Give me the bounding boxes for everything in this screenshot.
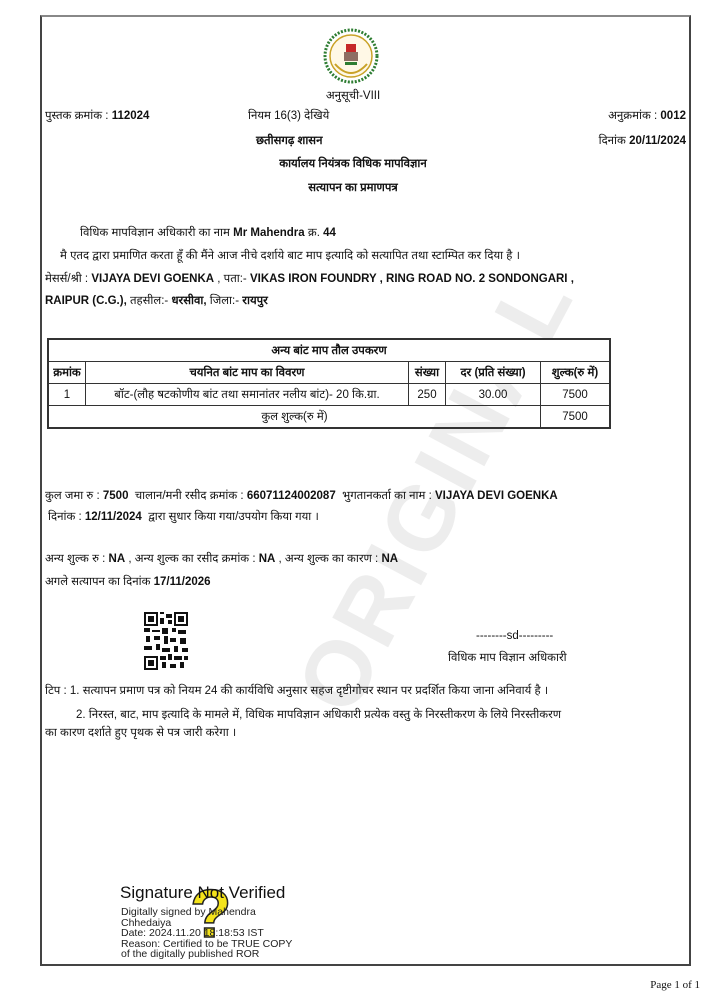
office-name: कार्यालय नियंत्रक विधिक मापविज्ञान: [0, 156, 706, 171]
party-name: VIJAYA DEVI GOENKA: [91, 273, 214, 285]
table-total-row: कुल शुल्क(रु में) 7500: [48, 406, 610, 429]
note-2-line-1: 2. निरस्त, बाट, माप इत्यादि के मामले में…: [76, 707, 561, 722]
column-header: दर (प्रति संख्या): [446, 362, 541, 384]
other-fee-value: NA: [109, 553, 126, 565]
officer-no-label: क्र.: [308, 227, 320, 239]
column-header: शुल्क(रु में): [541, 362, 611, 384]
officer-line: विधिक मापविज्ञान अधिकारी का नाम Mr Mahen…: [80, 225, 336, 240]
column-header: क्रमांक: [48, 362, 86, 384]
rule-reference: नियम 16(3) देखिये: [248, 108, 329, 123]
note-label: टिप :: [45, 685, 67, 697]
tehsil-value: धरसीवा,: [171, 295, 206, 307]
other-fee-receipt-label: , अन्य शुल्क का रसीद क्रमांक :: [128, 553, 255, 565]
deposit-label: कुल जमा रु :: [45, 490, 100, 502]
serial-value: 0012: [660, 110, 686, 122]
book-number-value: 112024: [112, 110, 150, 122]
government-name: छतीसगढ़ शासन: [256, 133, 322, 148]
tehsil-label: तहसील:-: [130, 295, 168, 307]
district-label: जिला:-: [210, 295, 239, 307]
deposit-value: 7500: [103, 490, 129, 502]
table-header-row: क्रमांक चयनित बांट माप का विवरण संख्या द…: [48, 362, 610, 384]
other-fee-label: अन्य शुल्क रु :: [45, 553, 105, 565]
signature-status: Signature Not Verified: [120, 883, 285, 903]
serial-label: अनुक्रमांक :: [608, 110, 657, 122]
address-line-2: RAIPUR (C.G.),: [45, 295, 127, 307]
cell-quantity: 250: [409, 384, 446, 406]
schedule-label: अनुसूची-VIII: [0, 88, 706, 103]
address-line-1: VIKAS IRON FOUNDRY , RING ROAD NO. 2 SON…: [250, 273, 574, 285]
payment-date-suffix: द्वारा सुधार किया गया/उपयोग किया गया ।: [148, 511, 319, 523]
officer-label: विधिक मापविज्ञान अधिकारी का नाम: [80, 227, 230, 239]
next-verification: अगले सत्यापन का दिनांक 17/11/2026: [45, 574, 211, 589]
cell-serial: 1: [48, 384, 86, 406]
party-line-2: RAIPUR (C.G.), तहसील:- धरसीवा, जिला:- रा…: [45, 293, 268, 308]
challan-label: चालान/मनी रसीद क्रमांक :: [135, 490, 244, 502]
signature-line: Digitally signed by Mahendra: [121, 907, 292, 918]
table-row: 1 बॉट-(लौह षटकोणीय बांट तथा समानांतर नली…: [48, 384, 610, 406]
other-fee-receipt-value: NA: [259, 553, 276, 565]
address-label: पता:-: [224, 273, 247, 285]
book-number: पुस्तक क्रमांक : 112024: [45, 108, 149, 123]
issue-date-value: 20/11/2024: [629, 135, 686, 147]
page-number: Page 1 of 1: [650, 979, 700, 991]
next-verification-date: 17/11/2026: [154, 576, 211, 588]
officer-no: 44: [323, 227, 336, 239]
other-fee-line: अन्य शुल्क रु : NA , अन्य शुल्क का रसीद …: [45, 551, 398, 566]
cell-fee: 7500: [541, 384, 611, 406]
document-title: सत्यापन का प्रमाणपत्र: [0, 180, 706, 195]
payer-name: VIJAYA DEVI GOENKA: [435, 490, 558, 502]
note-2-line-2: का कारण दर्शाते हुए पृथक से पत्र जारी कर…: [45, 725, 236, 740]
column-header: संख्या: [409, 362, 446, 384]
party-label: मेसर्स/श्री :: [45, 273, 88, 285]
total-label: कुल शुल्क(रु में): [48, 406, 541, 429]
district-value: रायपुर: [242, 295, 268, 307]
equipment-table: अन्य बांट माप तौल उपकरण क्रमांक चयनित बा…: [47, 338, 611, 429]
other-fee-reason-label: , अन्य शुल्क का कारण :: [279, 553, 379, 565]
party-line-1: मेसर्स/श्री : VIJAYA DEVI GOENKA , पता:-…: [45, 271, 574, 286]
signature-line: Date: 2024.11.20 18:18:53 IST: [121, 928, 292, 939]
signature-sd: --------sd---------: [476, 630, 553, 642]
column-header: चयनित बांट माप का विवरण: [86, 362, 409, 384]
issue-date: दिनांक 20/11/2024: [599, 133, 686, 148]
other-fee-reason-value: NA: [381, 553, 398, 565]
note-1-text: 1. सत्यापन प्रमाण पत्र को नियम 24 की कार…: [70, 685, 548, 697]
total-value: 7500: [541, 406, 611, 429]
officer-designation: विधिक माप विज्ञान अधिकारी: [448, 650, 567, 665]
state-emblem-icon: [323, 28, 379, 86]
table-caption: अन्य बांट माप तौल उपकरण: [48, 339, 610, 362]
payment-line-1: कुल जमा रु : 7500 चालान/मनी रसीद क्रमांक…: [45, 488, 558, 503]
challan-number: 66071124002087: [247, 490, 336, 502]
payment-date: 12/11/2024: [85, 511, 142, 523]
signature-details: Digitally signed by Mahendra Chhedaiya D…: [121, 907, 292, 960]
payment-line-2: दिनांक : 12/11/2024 द्वारा सुधार किया गय…: [48, 509, 319, 524]
cell-rate: 30.00: [446, 384, 541, 406]
payment-date-label: दिनांक :: [48, 511, 82, 523]
cell-description: बॉट-(लौह षटकोणीय बांट तथा समानांतर नलीय …: [86, 384, 409, 406]
serial-number: अनुक्रमांक : 0012: [608, 108, 686, 123]
signature-line: of the digitally published ROR: [121, 949, 292, 960]
next-verification-label: अगले सत्यापन का दिनांक: [45, 576, 150, 588]
note-1: टिप : 1. सत्यापन प्रमाण पत्र को नियम 24 …: [45, 683, 548, 698]
certification-text: मै एतद द्वारा प्रमाणित करता हूँ की मैंने…: [60, 248, 520, 263]
officer-name: Mr Mahendra: [233, 227, 305, 239]
book-number-label: पुस्तक क्रमांक :: [45, 110, 109, 122]
issue-date-label: दिनांक: [599, 135, 626, 147]
qr-code-icon: [144, 612, 188, 670]
payer-label: भुगतानकर्ता का नाम :: [342, 490, 432, 502]
